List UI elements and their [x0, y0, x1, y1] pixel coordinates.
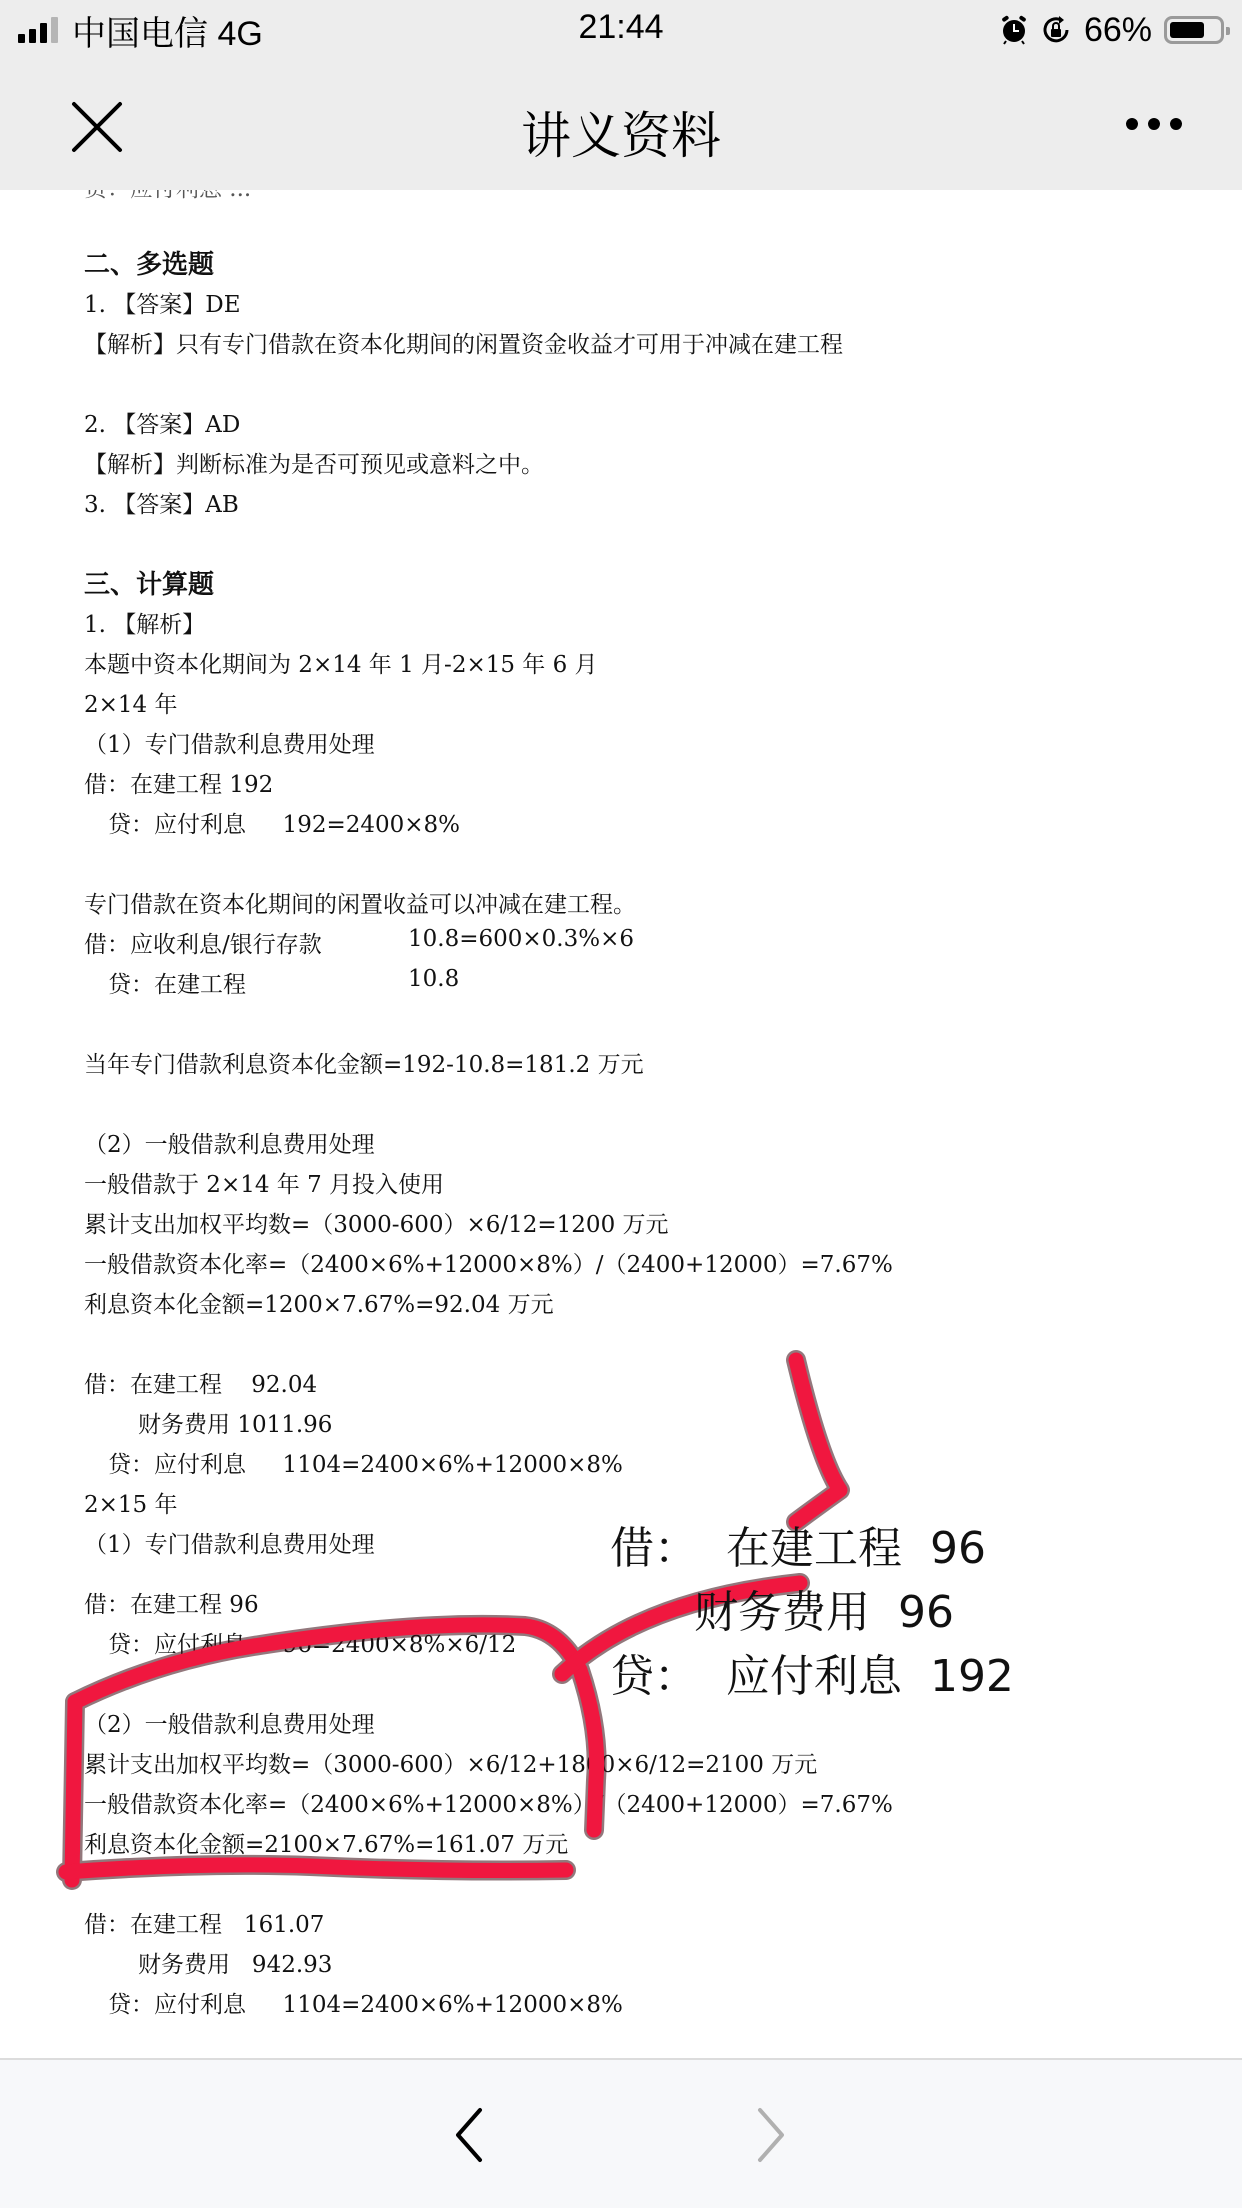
- y1-idle-cr: 贷：在建工程: [108, 966, 246, 999]
- y1-general-line4: 利息资本化金额=1200×7.67%=92.04 万元: [84, 1286, 554, 1319]
- alarm-icon: [1000, 15, 1028, 45]
- y1-special-cr: 贷：应付利息 192=2400×8%: [108, 806, 460, 839]
- more-icon[interactable]: [1126, 118, 1182, 132]
- q1-label: 1. 【解析】: [84, 606, 205, 639]
- y2-special-dr: 借：在建工程 96: [84, 1586, 259, 1619]
- y1-general-line1: 一般借款于 2×14 年 7 月投入使用: [84, 1166, 444, 1199]
- y2-special-cr: 贷：应付利息 96=2400×8%×6/12: [108, 1626, 516, 1659]
- status-bar: 中国电信 4G 21:44 66%: [0, 0, 1242, 60]
- y1-idle-note: 专门借款在资本化期间的闲置收益可以冲减在建工程。: [84, 886, 636, 919]
- handwritten-note-dr-b: 财务费用 96: [694, 1576, 954, 1640]
- y1-special-title: （1）专门借款利息费用处理: [84, 726, 375, 759]
- answer-2: 2. 【答案】AD: [84, 406, 240, 439]
- capitalization-period: 本题中资本化期间为 2×14 年 1 月-2×15 年 6 月: [84, 646, 598, 679]
- y2-general-cr: 贷：应付利息 1104=2400×6%+12000×8%: [108, 1986, 623, 2019]
- y2-general-dr-b: 财务费用 942.93: [138, 1946, 332, 1979]
- y1-general-title: （2）一般借款利息费用处理: [84, 1126, 375, 1159]
- y1-idle-cr-amount: 10.8: [408, 966, 459, 992]
- answer-1: 1. 【答案】DE: [84, 286, 241, 319]
- chevron-left-icon[interactable]: [440, 2100, 500, 2170]
- handwritten-note-cr: 贷： 应付利息 192: [610, 1640, 1014, 1704]
- y1-special-summary: 当年专门借款利息资本化金额=192-10.8=181.2 万元: [84, 1046, 644, 1079]
- year2-label: 2×15 年: [84, 1486, 177, 1519]
- y2-general-line2: 一般借款资本化率=（2400×6%+12000×8%）/（2400+12000）…: [84, 1786, 893, 1819]
- y1-idle-dr-amount: 10.8=600×0.3%×6: [408, 926, 634, 952]
- y1-idle-dr: 借：应收利息/银行存款: [84, 926, 322, 959]
- document-viewer[interactable]: 贷：应付利息 ... 二、多选题 1. 【答案】DE 【解析】只有专门借款在资本…: [0, 190, 1242, 2060]
- battery-percent: 66%: [1084, 11, 1152, 50]
- status-right: 66%: [1000, 8, 1224, 52]
- section-heading-calculation: 三、计算题: [84, 564, 214, 601]
- page-title: 讲义资料: [0, 96, 1242, 168]
- bottom-toolbar: [0, 2058, 1242, 2208]
- nav-bar: 讲义资料: [0, 60, 1242, 190]
- y2-general-line3: 利息资本化金额=2100×7.67%=161.07 万元: [84, 1826, 568, 1859]
- y1-general-dr: 借：在建工程 92.04: [84, 1366, 317, 1399]
- cut-off-line: 贷：应付利息 ...: [84, 190, 251, 203]
- y1-general-line2: 累计支出加权平均数=（3000-600）×6/12=1200 万元: [84, 1206, 669, 1239]
- y2-general-title: （2）一般借款利息费用处理: [84, 1706, 375, 1739]
- analysis-2: 【解析】判断标准为是否可预见或意料之中。: [84, 446, 544, 479]
- analysis-1: 【解析】只有专门借款在资本化期间的闲置资金收益才可用于冲减在建工程: [84, 326, 843, 359]
- year1-label: 2×14 年: [84, 686, 177, 719]
- rotation-lock-icon: [1040, 14, 1072, 46]
- y1-general-dr-b: 财务费用 1011.96: [138, 1406, 332, 1439]
- chevron-right-icon[interactable]: [740, 2100, 800, 2170]
- y1-general-cr: 贷：应付利息 1104=2400×6%+12000×8%: [108, 1446, 623, 1479]
- section-heading-multiple-choice: 二、多选题: [84, 244, 214, 281]
- y2-general-dr: 借：在建工程 161.07: [84, 1906, 324, 1939]
- y1-special-dr: 借：在建工程 192: [84, 766, 273, 799]
- y2-special-title: （1）专门借款利息费用处理: [84, 1526, 375, 1559]
- y2-general-line1: 累计支出加权平均数=（3000-600）×6/12+1800×6/12=2100…: [84, 1746, 817, 1779]
- handwritten-note-dr: 借： 在建工程 96: [610, 1512, 986, 1576]
- y1-general-line3: 一般借款资本化率=（2400×6%+12000×8%）/（2400+12000）…: [84, 1246, 893, 1279]
- battery-icon: [1164, 16, 1224, 44]
- answer-3: 3. 【答案】AB: [84, 486, 239, 519]
